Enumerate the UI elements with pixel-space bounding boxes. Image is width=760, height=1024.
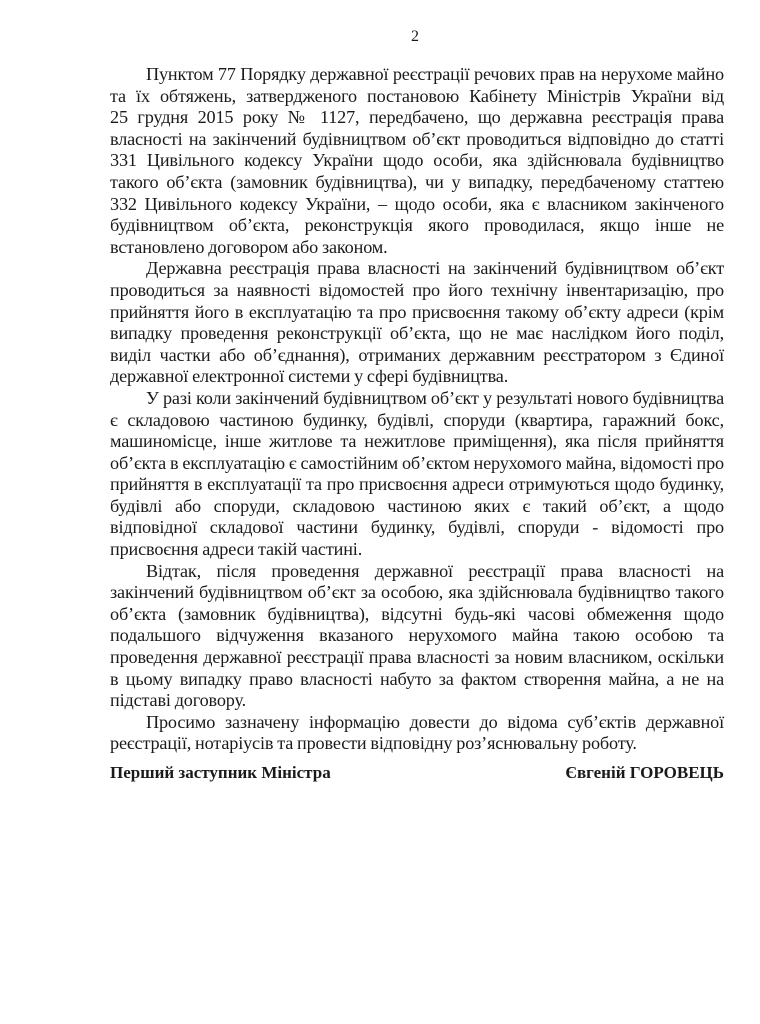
- document-page: 2 Пунктом 77 Порядку державної реєстраці…: [0, 0, 760, 1024]
- text-line: випадку проведення реконструкції об’єкта…: [110, 323, 724, 345]
- text-line: 332 Цивільного кодексу України, – щодо о…: [110, 194, 724, 216]
- text-line: виділ частки або об’єднання), отриманих …: [110, 345, 724, 367]
- paragraph-required-information: Державна реєстрація права власності на з…: [110, 258, 724, 388]
- text-line: проведення державної реєстрації права вл…: [110, 647, 724, 669]
- text-line: будівлі або споруди, складовою частиною …: [110, 496, 724, 518]
- text-line: відповідної складової частини будинку, б…: [110, 517, 724, 539]
- paragraph-registration-procedure: Пунктом 77 Порядку державної реєстрації …: [110, 64, 724, 258]
- text-line: Пунктом 77 Порядку державної реєстрації …: [110, 64, 724, 86]
- letter-body: Пунктом 77 Порядку державної реєстрації …: [110, 64, 724, 755]
- text-line: закінчений будівництвом об’єкт за особою…: [110, 582, 724, 604]
- text-line: прийняття в експлуатації та про присвоєн…: [110, 474, 724, 496]
- text-line: Державна реєстрація права власності на з…: [110, 258, 724, 280]
- text-line: реєстрації, нотаріусів та провести відпо…: [110, 733, 724, 755]
- text-line: будівництвом об’єкта, реконструкція яког…: [110, 215, 724, 237]
- text-line: є складовою частиною будинку, будівлі, с…: [110, 410, 724, 432]
- text-line: У разі коли закінчений будівництвом об’є…: [110, 388, 724, 410]
- text-line: встановлено договором або законом.: [110, 237, 724, 259]
- signatory-name: Євгеній ГОРОВЕЦЬ: [565, 762, 724, 784]
- text-line: державної електронної системи у сфері бу…: [110, 366, 724, 388]
- paragraph-request: Просимо зазначену інформацію довести до …: [110, 712, 724, 755]
- signature-block: Перший заступник Міністра Євгеній ГОРОВЕ…: [110, 762, 724, 786]
- text-line: власності на закінчений будівництвом об’…: [110, 129, 724, 151]
- text-line: Просимо зазначену інформацію довести до …: [110, 712, 724, 734]
- page-number: 2: [0, 27, 760, 47]
- text-line: та їх обтяжень, затвердженого постановою…: [110, 86, 724, 108]
- text-line: машиномісце, інше житлове та нежитлове п…: [110, 431, 724, 453]
- text-line: присвоєння адреси такій частині.: [110, 539, 724, 561]
- text-line: підставі договору.: [110, 690, 724, 712]
- text-line: в цьому випадку право власності набуто з…: [110, 669, 724, 691]
- text-line: об’єкта в експлуатацію є самостійним об’…: [110, 453, 724, 475]
- paragraph-component-objects: У разі коли закінчений будівництвом об’є…: [110, 388, 724, 561]
- text-line: 331 Цивільного кодексу України щодо особ…: [110, 150, 724, 172]
- text-line: проводиться за наявності відомостей про …: [110, 280, 724, 302]
- text-line: Відтак, після проведення державної реєст…: [110, 561, 724, 583]
- text-line: подальшого відчуження вказаного нерухомо…: [110, 625, 724, 647]
- text-line: прийняття його в експлуатацію та про при…: [110, 302, 724, 324]
- signatory-position: Перший заступник Міністра: [110, 762, 331, 784]
- paragraph-conclusion: Відтак, після проведення державної реєст…: [110, 561, 724, 712]
- text-line: 25 грудня 2015 року № 1127, передбачено,…: [110, 107, 724, 129]
- text-line: такого об’єкта (замовник будівництва), ч…: [110, 172, 724, 194]
- text-line: об’єкта (замовник будівництва), відсутні…: [110, 604, 724, 626]
